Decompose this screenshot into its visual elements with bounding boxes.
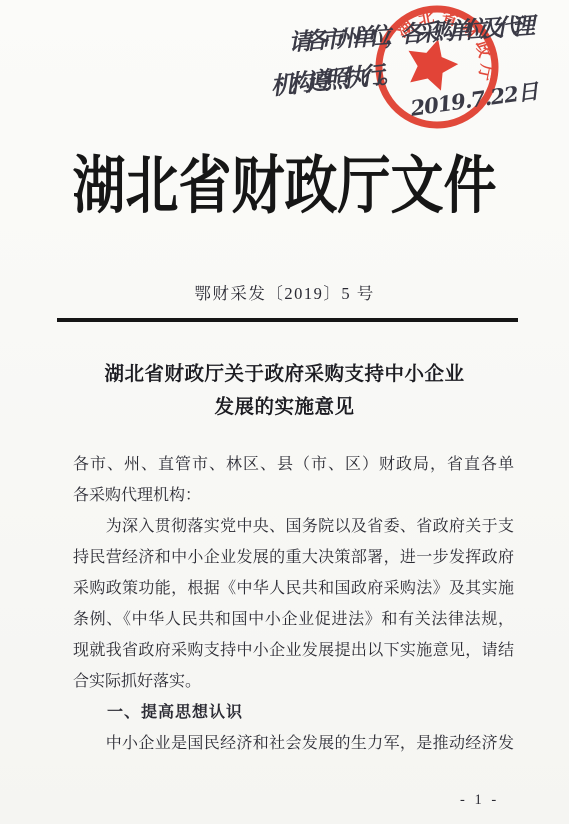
body-line: 条例、《中华人民共和国中小企业促进法》和有关法律法规， [73,604,514,635]
body-line: 各市、州、直管市、林区、县（市、区）财政局，省直各单位， [73,449,514,480]
document-number: 鄂财采发〔2019〕5 号 [10,280,559,304]
agency-banner-title: 湖北省财政厅文件 [16,136,553,226]
body-line: 持民营经济和中小企业发展的重大决策部署，进一步发挥政府 [73,542,514,573]
document-title-line1: 湖北省财政厅关于政府采购支持中小企业 [10,358,559,391]
body-line: 中小企业是国民经济和社会发展的生力军，是推动经济发 [73,728,514,759]
body-line: 采购政策功能，根据《中华人民共和国政府采购法》及其实施 [73,573,514,604]
document-title: 湖北省财政厅关于政府采购支持中小企业 发展的实施意见 [10,358,559,424]
document-page: 湖北省财政厅 请各市州单位，各采购单位及代理 机构遵照执行。 2019.7.22… [0,0,569,824]
body-line: 现就我省政府采购支持中小企业发展提出以下实施意见，请结 [73,635,514,666]
document-body: 各市、州、直管市、林区、县（市、区）财政局，省直各单位， 各采购代理机构： 为深… [73,449,514,759]
page-number: - 1 - [460,792,499,809]
body-section-heading: 一、提高思想认识 [73,697,514,728]
separator-line [57,318,518,322]
body-line: 合实际抓好落实。 [73,666,514,697]
document-title-line2: 发展的实施意见 [10,391,559,424]
body-line: 各采购代理机构： [73,480,514,511]
body-line: 为深入贯彻落实党中央、国务院以及省委、省政府关于支 [73,511,514,542]
